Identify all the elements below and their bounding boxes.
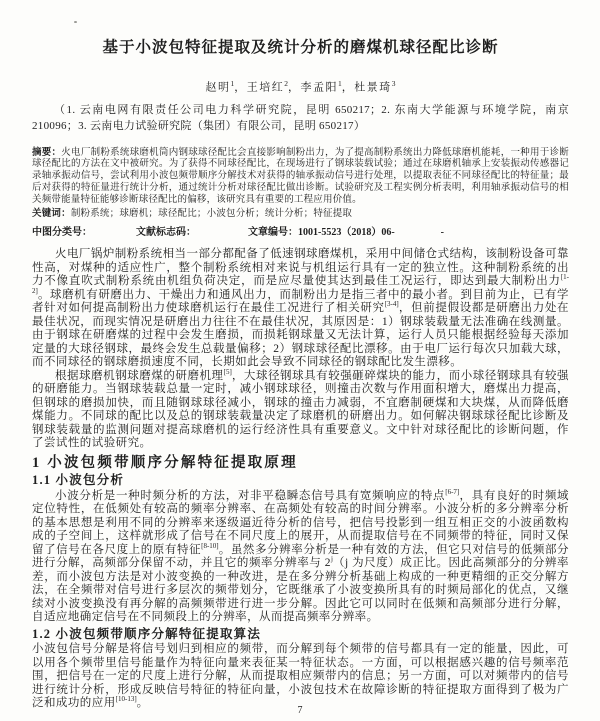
keywords-label: 关键词： — [32, 209, 71, 219]
section-1-heading: 1 小波包频带顺序分解特征提取原理 — [32, 457, 569, 471]
keywords-text: 制粉系统；球磨机；球径配比；小波包分析；统计分析；特征提取 — [71, 209, 352, 219]
section-1-1-heading: 1.1 小波包分析 — [32, 474, 569, 488]
keywords-block: 关键词：制粉系统；球磨机；球径配比；小波包分析；统计分析；特征提取 — [32, 209, 569, 221]
article-id-label: 文章编号： — [248, 227, 298, 238]
article-id-tail: - — [441, 227, 444, 238]
section-1-2-heading: 1.2 小波包频带顺序分解特征提取算法 — [32, 628, 569, 642]
abstract-block: 摘要：火电厂制粉系统球磨机筒内钢球球径配比会直接影响制粉出力，为了提高制粉系统出… — [32, 148, 569, 207]
intro-paragraph-2: 根据球磨机钢球磨煤的研磨机理[5]，大球径钢球具有较强砸碎煤块的能力，而小球径钢… — [32, 370, 569, 451]
abstract-text: 火电厂制粉系统球磨机筒内钢球球径配比会直接影响制粉出力，为了提高制粉系统出力降低… — [32, 148, 569, 205]
feature-extraction-paragraph: 小波包信号分解是将信号划归到相应的频带，而分解到每个频带的信号都具有一定的能量，… — [32, 643, 569, 711]
affiliations: （1. 云南电网有限责任公司电力科学研究院，昆明 650217；2. 东南大学能… — [32, 102, 569, 135]
article-meta-row: 中图分类号：文献标志码：文章编号：1001-5523（2018）06-- — [32, 226, 569, 239]
abstract-label: 摘要： — [32, 148, 61, 158]
scan-speck — [74, 21, 77, 23]
authors-line: 赵明1，王培红2，李孟阳1，杜景琦3 — [32, 77, 569, 95]
body-text: 火电厂锅炉制粉系统相当一部分都配备了低速钢球磨煤机，采用中间储仓式结构，该制粉设… — [32, 248, 569, 711]
document-code-label: 文献标志码： — [136, 227, 196, 238]
wavelet-analysis-paragraph: 小波分析是一种时频分析的方法，对非平稳瞬态信号具有宽频响应的特点[6-7]，具有… — [32, 490, 569, 625]
clc-number-label: 中图分类号： — [32, 227, 92, 238]
paper-page: 基于小波包特征提取及统计分析的磨煤机球径配比诊断 赵明1，王培红2，李孟阳1，杜… — [0, 0, 600, 721]
intro-paragraph-1: 火电厂锅炉制粉系统相当一部分都配备了低速钢球磨煤机，采用中间储仓式结构，该制粉设… — [32, 248, 569, 370]
paper-title: 基于小波包特征提取及统计分析的磨煤机球径配比诊断 — [32, 38, 569, 58]
article-id-value: 1001-5523（2018）06- — [298, 227, 395, 238]
page-number: 7 — [0, 705, 600, 716]
